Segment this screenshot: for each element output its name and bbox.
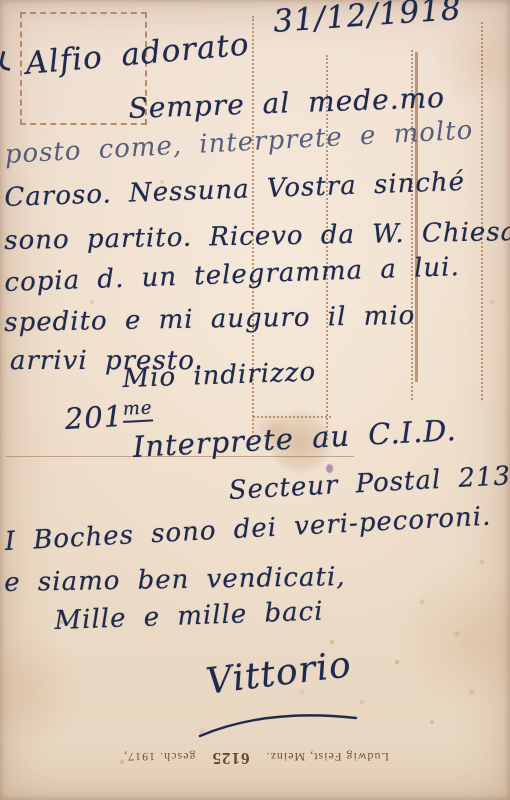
signature: Vittorio <box>204 644 354 702</box>
body-line: copia d. un telegramma a lui. <box>4 252 460 298</box>
body-line: spedito e mi auguro il mio <box>4 301 416 338</box>
address-intro-line: Mio indirizzo <box>122 357 317 394</box>
postcard-back: 31/12/1918 Alfio adorato Sempre al mede.… <box>0 0 510 800</box>
address-number: 201 <box>64 399 124 436</box>
address-number-suffix: me <box>122 398 153 424</box>
date: 31/12/1918 <box>272 0 463 40</box>
stray-ink-stroke <box>0 51 14 71</box>
imprint-publisher: Ludwig Feist, Meinz. <box>266 749 389 764</box>
body-line: Caroso. Nessuna Vostra sinché <box>4 167 466 213</box>
foxing-speckles <box>0 0 4 4</box>
postscript-line: Mille e mille baci <box>54 597 324 636</box>
body-line: sono partito. Ricevo da W. Chiesa <box>4 217 510 256</box>
postscript-line: e siamo ben vendicati, <box>4 562 346 598</box>
address-guide-line <box>481 22 483 400</box>
address-guide-line <box>253 416 331 418</box>
printer-imprint: Ludwig Feist, Meinz. 6125 gesch. 1917, <box>58 748 454 768</box>
imprint-year: gesch. 1917, <box>123 749 195 764</box>
signature-flourish <box>196 706 362 740</box>
imprint-number: 6125 <box>212 748 250 768</box>
postscript-line: I Boches sono dei veri-pecoroni. <box>4 502 492 557</box>
address-sector-line: Secteur Postal 213. <box>228 461 510 506</box>
